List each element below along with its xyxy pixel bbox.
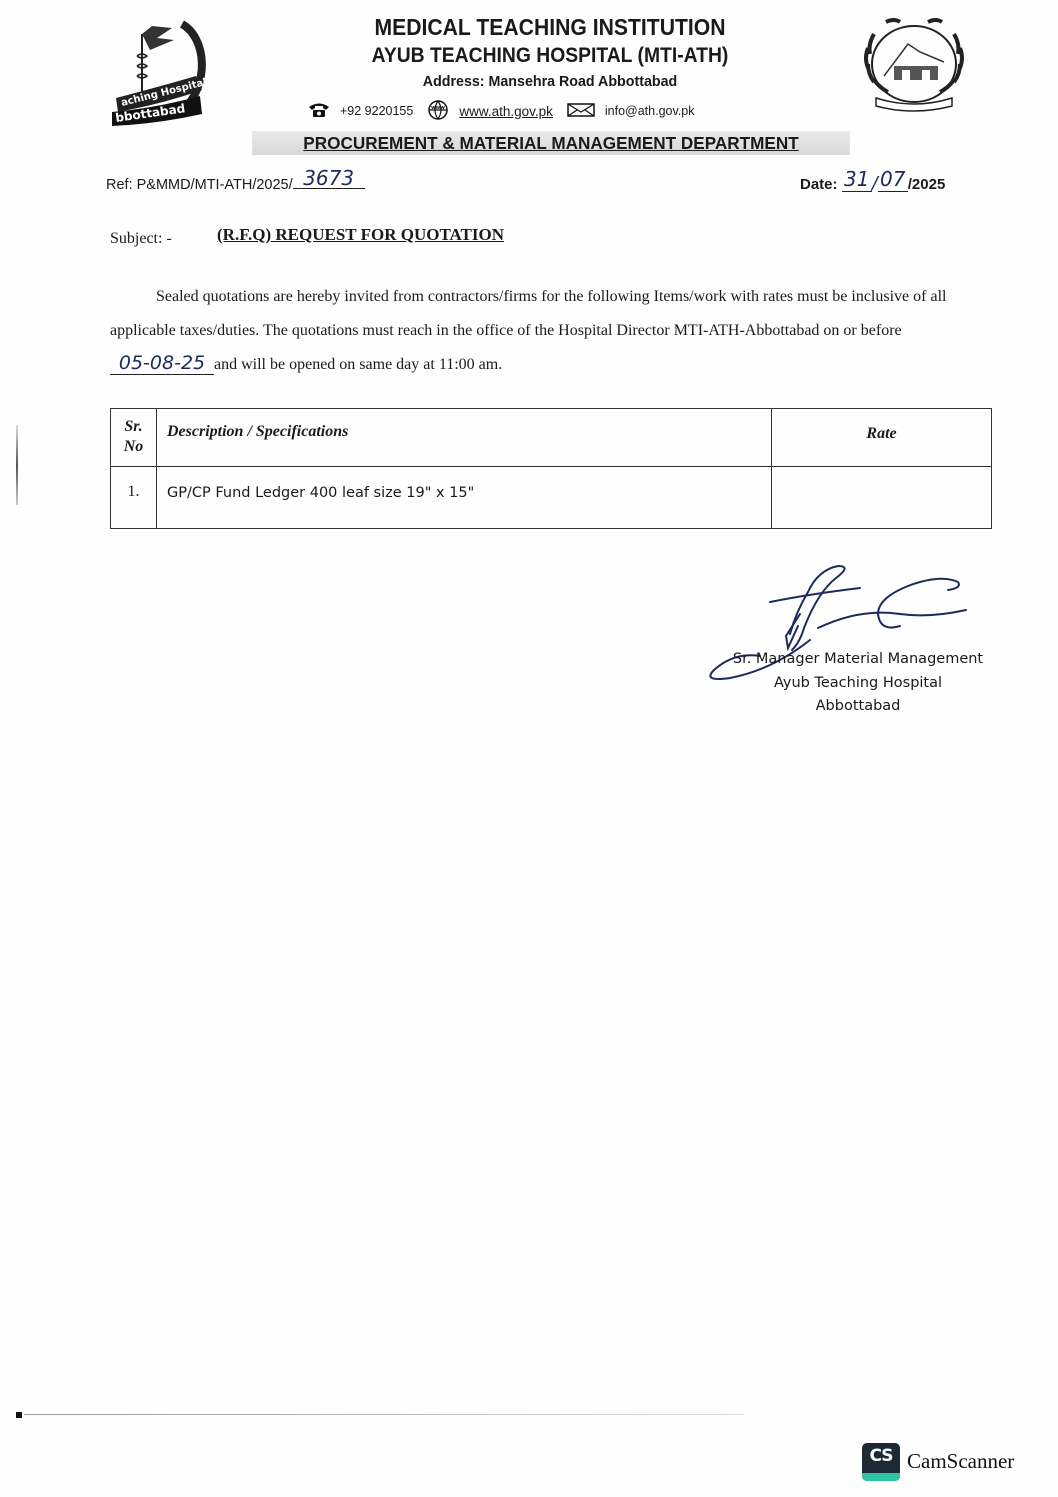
institution-title: MEDICAL TEACHING INSTITUTION xyxy=(265,14,835,41)
kpk-government-emblem xyxy=(852,14,976,114)
email-address[interactable]: info@ath.gov.pk xyxy=(605,104,695,118)
date-line: Date: 31/07/2025 xyxy=(800,170,945,195)
scan-edge-mark xyxy=(16,425,18,505)
envelope-icon xyxy=(567,103,595,120)
signatory-city: Abbottabad xyxy=(716,698,1000,714)
scan-bottom-line xyxy=(24,1414,744,1415)
subject-text: (R.F.Q) REQUEST FOR QUOTATION xyxy=(217,225,504,245)
items-table: Sr. No Description / Specifications Rate… xyxy=(110,408,992,529)
signature xyxy=(700,552,980,692)
camscanner-watermark: CamScanner xyxy=(907,1449,1014,1474)
table-row: 1. GP/CP Fund Ledger 400 leaf size 19" x… xyxy=(111,467,992,529)
header-description: Description / Specifications xyxy=(157,409,772,467)
svg-text:www: www xyxy=(431,105,445,111)
header-rate: Rate xyxy=(772,409,992,467)
header-sr-no: Sr. No xyxy=(111,409,157,467)
reference-number: 3673 xyxy=(293,168,365,189)
signatory-organization: Ayub Teaching Hospital xyxy=(716,675,1000,691)
website-link[interactable]: www.ath.gov.pk xyxy=(459,104,553,119)
phone-number: +92 9220155 xyxy=(340,104,413,118)
submission-deadline: 05-08-25 xyxy=(110,352,214,375)
date-day: 31 xyxy=(842,167,872,192)
document-page: aching Hospital bbottabad MEDICAL TEACHI… xyxy=(0,0,1058,1497)
paragraph-text: Sealed quotations are hereby invited fro… xyxy=(110,288,946,339)
hospital-address: Address: Mansehra Road Abbottabad xyxy=(256,73,845,90)
date-month: 07 xyxy=(878,167,908,192)
reference-line: Ref: P&MMD/MTI-ATH/2025/3673 xyxy=(106,172,365,193)
scan-corner-mark xyxy=(16,1412,22,1418)
reference-label: Ref: P&MMD/MTI-ATH/2025/ xyxy=(106,177,293,193)
ath-logo: aching Hospital bbottabad xyxy=(112,16,212,126)
globe-www-icon: www xyxy=(427,100,449,123)
cell-description: GP/CP Fund Ledger 400 leaf size 19" x 15… xyxy=(157,467,772,529)
subject-label: Subject: - xyxy=(110,230,172,248)
cell-sr-no: 1. xyxy=(111,467,157,529)
hospital-title: AYUB TEACHING HOSPITAL (MTI-ATH) xyxy=(265,44,835,68)
camscanner-logo-icon: CS xyxy=(862,1443,900,1481)
invitation-paragraph: Sealed quotations are hereby invited fro… xyxy=(110,280,980,382)
department-banner: PROCUREMENT & MATERIAL MANAGEMENT DEPART… xyxy=(252,131,850,155)
paragraph-text-end: and will be opened on same day at 11:00 … xyxy=(214,356,502,373)
cell-rate xyxy=(772,467,992,529)
table-header-row: Sr. No Description / Specifications Rate xyxy=(111,409,992,467)
contact-row: +92 9220155 www www.ath.gov.pk info@ath.… xyxy=(308,100,708,122)
date-label: Date: xyxy=(800,176,838,193)
date-year: /2025 xyxy=(908,176,946,193)
signatory-title: Sr. Manager Material Management xyxy=(716,651,1000,667)
telephone-icon xyxy=(308,102,330,121)
